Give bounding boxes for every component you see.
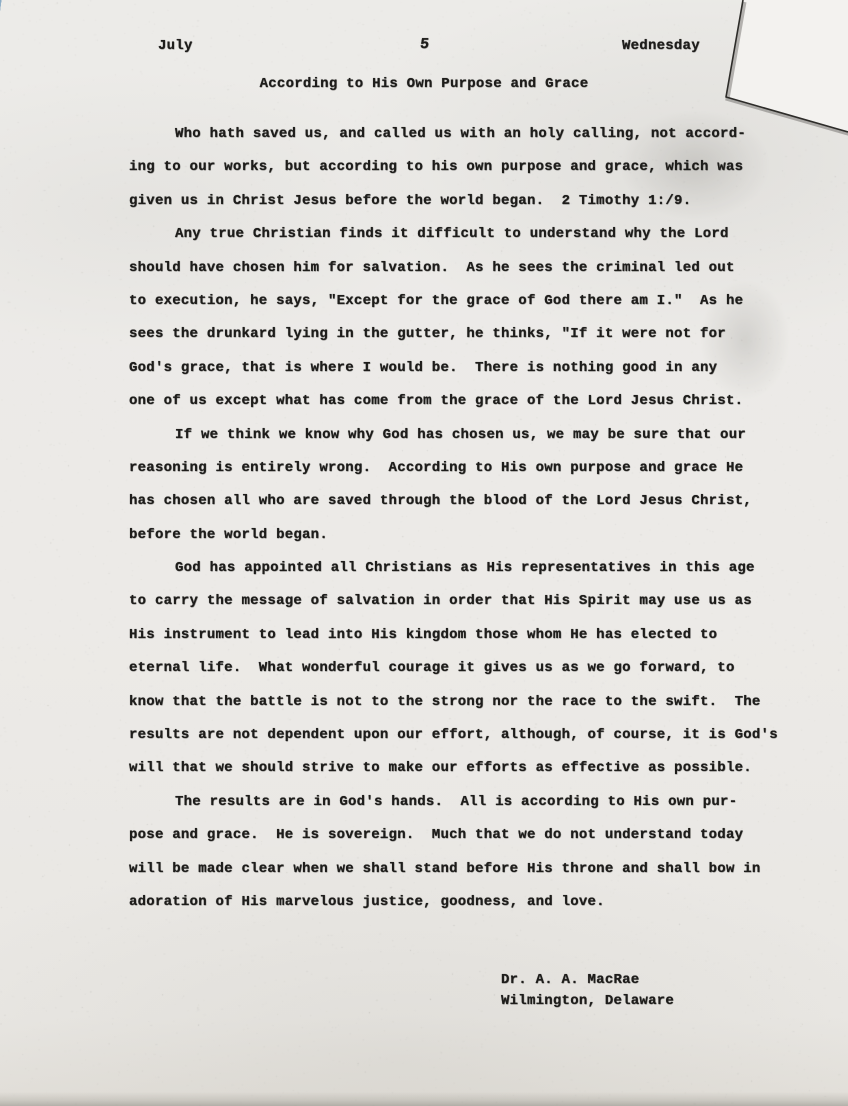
text-line: before the world began. (129, 526, 809, 559)
text-line: to execution, he says, "Except for the g… (129, 292, 809, 325)
text-line: has chosen all who are saved through the… (129, 492, 809, 525)
text-line: Who hath saved us, and called us with an… (129, 125, 809, 158)
text-line: one of us except what has come from the … (129, 392, 809, 425)
text-line: God has appointed all Christians as His … (129, 559, 809, 592)
text-line: given us in Christ Jesus before the worl… (129, 192, 809, 225)
text-line: Any true Christian finds it difficult to… (129, 225, 809, 258)
header-month: July (158, 38, 193, 54)
text-line: God's grace, that is where I would be. T… (129, 359, 809, 392)
scan-edge-shadow (0, 1092, 848, 1106)
text-line: eternal life. What wonderful courage it … (129, 659, 809, 692)
text-line: adoration of His marvelous justice, good… (129, 893, 809, 926)
header-page-number: 5 (419, 36, 430, 53)
fold-edge-line (726, 0, 848, 132)
text-line: If we think we know why God has chosen u… (129, 426, 809, 459)
text-line: ing to our works, but according to his o… (129, 158, 809, 191)
document-title: According to His Own Purpose and Grace (0, 76, 848, 92)
text-line: to carry the message of salvation in ord… (129, 592, 809, 625)
scanned-document-page: July 5 Wednesday According to His Own Pu… (0, 0, 848, 1106)
text-line: The results are in God's hands. All is a… (129, 793, 809, 826)
text-line: His instrument to lead into His kingdom … (129, 626, 809, 659)
text-line: sees the drunkard lying in the gutter, h… (129, 325, 809, 358)
document-body: Who hath saved us, and called us with an… (129, 125, 809, 926)
signature-name: Dr. A. A. MacRae (501, 970, 674, 991)
fold-shadow-line (728, 2, 848, 134)
text-line: will that we should strive to make our e… (129, 759, 809, 792)
text-line: should have chosen him for salvation. As… (129, 259, 809, 292)
text-line: pose and grace. He is sovereign. Much th… (129, 826, 809, 859)
text-line: results are not dependent upon our effor… (129, 726, 809, 759)
signature-location: Wilmington, Delaware (501, 991, 674, 1012)
fold-paper-area (726, 0, 848, 132)
text-line: reasoning is entirely wrong. According t… (129, 459, 809, 492)
page-header: July 5 Wednesday (0, 38, 848, 58)
header-day: Wednesday (622, 38, 700, 54)
signature-block: Dr. A. A. MacRae Wilmington, Delaware (501, 970, 674, 1012)
text-line: will be made clear when we shall stand b… (129, 860, 809, 893)
text-line: know that the battle is not to the stron… (129, 693, 809, 726)
